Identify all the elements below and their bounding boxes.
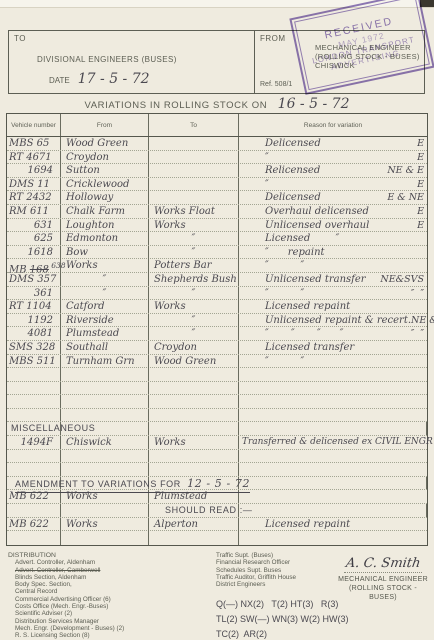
to-cell: Works — [149, 300, 239, 313]
table-header-row: Vehicle number From To Reason for variat… — [7, 114, 427, 137]
from-cell: ″ — [61, 273, 149, 286]
distribution-item: Central Record — [8, 588, 216, 595]
date-label: DATE — [49, 76, 70, 85]
vehicle-cell: 361 — [7, 287, 61, 300]
reason-text: Unlicensed transfer — [239, 273, 366, 286]
from-cell: Chalk Farm — [61, 205, 149, 218]
ref-number: Ref. 508/1 — [260, 81, 292, 88]
reason-text: Delicensed — [239, 191, 321, 204]
reason-cell: RelicensedNE & E — [239, 164, 427, 177]
vehicle-cell: RM 611 — [7, 205, 61, 218]
garage-codes: Q(—) NX(2) T(2) HT(3) R(3)TL(2) SW(—) WN… — [216, 597, 338, 640]
reason-text: Unlicensed repaint & recert. — [239, 314, 411, 327]
distribution-item: R. S. Licensing Section (8) — [8, 632, 216, 639]
from-cell: Edmonton — [61, 232, 149, 245]
distribution-item: Blinds Section, Aldenham — [8, 574, 216, 581]
from-cell — [61, 450, 149, 463]
reason-cell — [239, 450, 427, 463]
to-cell: ″ — [149, 232, 239, 245]
vehicle-cell: RT 2432 — [7, 191, 61, 204]
section-label: MISCELLANEOUS — [11, 422, 95, 435]
reason-cell: ″ ″″ ″ — [239, 287, 427, 300]
to-cell: ″ — [149, 327, 239, 340]
to-cell: ″ — [149, 314, 239, 327]
row-blank — [7, 531, 427, 545]
vehicle-cell: SMS 328 — [7, 341, 61, 354]
vehicle-cell — [7, 382, 61, 395]
row-section: MISCELLANEOUS — [7, 422, 427, 436]
to-cell — [149, 463, 239, 476]
row-blank — [7, 450, 427, 464]
variation-code: E — [417, 205, 427, 218]
from-cell: Bow — [61, 246, 149, 259]
from-cell: Wood Green — [61, 137, 149, 150]
footer: DISTRIBUTION Advert. Controller, Aldenha… — [8, 552, 428, 640]
reason-cell — [239, 395, 427, 408]
distribution-item: Scientific Adviser (2) — [8, 610, 216, 617]
table-row: 1192Riverside″Unlicensed repaint & recer… — [7, 314, 427, 328]
from-cell: Southall — [61, 341, 149, 354]
to-cell: Works — [149, 436, 239, 449]
from-cell: Holloway — [61, 191, 149, 204]
distribution-list: DISTRIBUTION Advert. Controller, Aldenha… — [8, 552, 216, 640]
vehicle-cell: MB 622 — [7, 518, 61, 531]
table-row: RM 611Chalk FarmWorks FloatOverhaul deli… — [7, 205, 427, 219]
reason-cell: ″ repaint — [239, 246, 427, 259]
variation-code — [424, 355, 427, 368]
from-cell — [61, 409, 149, 422]
to-cell — [149, 191, 239, 204]
distribution-item: Body Spec. Section, — [8, 581, 216, 588]
scanned-form: TO DIVISIONAL ENGINEERS (BUSES) DATE 17 … — [0, 0, 434, 640]
variation-code: ″ ″ — [411, 287, 427, 300]
variation-code — [424, 246, 427, 259]
recipient-item: Financial Research Officer — [216, 559, 338, 566]
row-blank — [7, 409, 427, 423]
from-cell — [61, 368, 149, 381]
from-cell: Sutton — [61, 164, 149, 177]
variation-code: E — [417, 219, 427, 232]
to-cell: ″ — [149, 287, 239, 300]
to-cell: Alperton — [149, 518, 239, 531]
from-cell: Plumstead — [61, 327, 149, 340]
vehicle-cell: MBS 65 — [7, 137, 61, 150]
should-read-label: SHOULD READ :— — [165, 504, 252, 517]
garage-code-line: TC(2) AR(2) — [216, 627, 338, 640]
table-row: RT 2432HollowayDelicensedE & NE — [7, 191, 427, 205]
variation-code — [424, 232, 427, 245]
vehicle-cell: RT 4671 — [7, 151, 61, 164]
variation-code — [424, 490, 427, 503]
table-row: MBS 65Wood GreenDelicensedE — [7, 137, 427, 151]
signatory-title: MECHANICAL ENGINEER — [338, 575, 428, 584]
from-cell: Cricklewood — [61, 178, 149, 191]
amendment-date: 12 - 5 - 72 — [187, 477, 250, 490]
col-header-reason: Reason for variation — [239, 114, 427, 136]
reason-text: Delicensed — [239, 137, 321, 150]
table-row: MB 168 638WorksPotters Bar″ ″ — [7, 259, 427, 273]
to-cell — [149, 450, 239, 463]
from-cell: Works — [61, 518, 149, 531]
vehicle-cell: 1494F — [7, 436, 61, 449]
variation-code: E — [417, 137, 427, 150]
recipients-column: Traffic Supt. (Buses)Financial Research … — [216, 552, 338, 640]
vehicle-cell: MBS 511 — [7, 355, 61, 368]
from-cell: ″ — [61, 287, 149, 300]
vehicle-cell — [7, 504, 61, 517]
vehicle-cell: 4081 — [7, 327, 61, 340]
form-title: VARIATIONS IN ROLLING STOCK ON 16 - 5 - … — [0, 95, 434, 113]
signature-rule — [344, 572, 422, 573]
to-cell — [149, 151, 239, 164]
vehicle-cell: DMS 11 — [7, 178, 61, 191]
reason-cell — [239, 368, 427, 381]
reason-cell: DelicensedE & NE — [239, 191, 427, 204]
table-row: RT 4671Croydon″E — [7, 151, 427, 165]
reason-text: Licensed repaint — [239, 518, 350, 531]
reason-text: Licensed ″ — [239, 232, 339, 245]
reason-cell: ″E — [239, 178, 427, 191]
to-cell — [149, 137, 239, 150]
to-cell — [149, 178, 239, 191]
distribution-item: Commercial Advertising Officer (6) — [8, 596, 216, 603]
variation-code — [424, 518, 427, 531]
table-row: 1694SuttonRelicensedNE & E — [7, 164, 427, 178]
col-header-vehicle: Vehicle number — [7, 114, 61, 136]
col-header-to: To — [149, 114, 239, 136]
reason-cell: DelicensedE — [239, 137, 427, 150]
vehicle-cell — [7, 395, 61, 408]
table-row: MBS 511Turnham GrnWood Green″ ″ — [7, 355, 427, 369]
to-cell — [149, 164, 239, 177]
variation-code — [424, 341, 427, 354]
vehicle-cell: DMS 357 — [7, 273, 61, 286]
vehicle-cell — [7, 531, 61, 545]
to-cell: Wood Green — [149, 355, 239, 368]
reason-text: Licensed repaint — [239, 300, 350, 313]
row-blank — [7, 382, 427, 396]
to-label: TO — [14, 34, 249, 43]
from-cell — [61, 531, 149, 545]
table-row: 1494FChiswickWorksTransferred & delicens… — [7, 436, 427, 450]
from-cell: Turnham Grn — [61, 355, 149, 368]
vehicle-cell — [7, 409, 61, 422]
to-cell: Works Float — [149, 205, 239, 218]
variation-code: E & NE — [387, 191, 427, 204]
reason-cell: Unlicensed transferNE&SVS — [239, 273, 427, 286]
recipient-item: Schedules Supt. Buses — [216, 567, 338, 574]
reason-cell: Transferred & delicensed ex CIVIL ENGR (… — [239, 436, 434, 449]
to-cell: Shepherds Bush — [149, 273, 239, 286]
to-cell — [149, 409, 239, 422]
variation-code: E — [417, 178, 427, 191]
from-cell: Catford — [61, 300, 149, 313]
table-row: 1618Bow″″ repaint — [7, 246, 427, 260]
reason-cell — [239, 490, 427, 503]
distribution-items: Advert. Controller, AldenhamAdvert. Cont… — [8, 559, 216, 639]
from-cell: Chiswick — [61, 436, 149, 449]
garage-code-line: Q(—) NX(2) T(2) HT(3) R(3) — [216, 597, 338, 612]
reason-cell: Licensed ″ — [239, 232, 427, 245]
recipient-item: Traffic Supt. (Buses) — [216, 552, 338, 559]
to-cell — [149, 395, 239, 408]
recipient-item: District Engineers — [216, 581, 338, 588]
reason-text: ″ — [239, 151, 269, 164]
table-row: DMS 357″Shepherds BushUnlicensed transfe… — [7, 273, 427, 287]
reason-text: Licensed transfer — [239, 341, 354, 354]
col-header-from: From — [61, 114, 149, 136]
scan-corner-mark — [420, 0, 434, 7]
signature-block: A. C. Smith MECHANICAL ENGINEER (ROLLING… — [338, 552, 428, 640]
reason-cell: Unlicensed overhaulE — [239, 219, 427, 232]
table-row: RT 1104CatfordWorksLicensed repaint — [7, 300, 427, 314]
distribution-item: Advert. Controller, Aldenham — [8, 559, 216, 566]
table-row: 631LoughtonWorksUnlicensed overhaulE — [7, 219, 427, 233]
to-cell — [149, 382, 239, 395]
vehicle-cell: 631 — [7, 219, 61, 232]
to-cell: Works — [149, 219, 239, 232]
variation-code: NE&SVS — [380, 273, 427, 286]
from-cell: Croydon — [61, 151, 149, 164]
reason-cell: ″ ″ — [239, 355, 427, 368]
reason-cell — [239, 477, 427, 490]
from-cell — [61, 382, 149, 395]
table-row: 625Edmonton″Licensed ″ — [7, 232, 427, 246]
vehicle-cell: 1694 — [7, 164, 61, 177]
reason-cell: Unlicensed repaint & recert.NE & E — [239, 314, 434, 327]
reason-cell — [239, 531, 427, 545]
to-cell — [149, 368, 239, 381]
title-printed: VARIATIONS IN ROLLING STOCK ON — [85, 100, 268, 111]
to-value: DIVISIONAL ENGINEERS (BUSES) — [37, 55, 177, 64]
row-amendment: AMENDMENT TO VARIATIONS FOR 12 - 5 - 72 — [7, 477, 427, 491]
to-cell: Croydon — [149, 341, 239, 354]
distribution-item: Costs Office (Mech. Engr.-Buses) — [8, 603, 216, 610]
reason-text: ″ — [239, 178, 269, 191]
from-cell — [61, 395, 149, 408]
signatory-dept: (ROLLING STOCK - BUSES) — [338, 584, 428, 602]
vehicle-cell — [7, 450, 61, 463]
distribution-item: Mech. Engr. (Development - Buses) (2) — [8, 625, 216, 632]
signature: A. C. Smith — [345, 556, 421, 571]
reason-text: ″ repaint — [239, 246, 325, 259]
reason-cell: Licensed repaint — [239, 300, 427, 313]
to-cell — [149, 531, 239, 545]
reason-cell: ″E — [239, 151, 427, 164]
reason-cell — [239, 504, 427, 517]
reason-cell — [239, 463, 427, 476]
reason-text: Unlicensed overhaul — [239, 219, 369, 232]
reason-text: ″ ″ — [239, 287, 304, 300]
reason-text: ″ ″ ″ ″ — [239, 327, 344, 340]
from-cell — [61, 504, 149, 517]
vehicle-cell — [7, 368, 61, 381]
variations-table: Vehicle number From To Reason for variat… — [6, 113, 428, 546]
vehicle-cell: 1618 — [7, 246, 61, 259]
table-row: SMS 328SouthallCroydonLicensed transfer — [7, 341, 427, 355]
from-cell: Loughton — [61, 219, 149, 232]
table-row: MB 622WorksAlpertonLicensed repaint — [7, 518, 427, 532]
table-row: 4081Plumstead″″ ″ ″ ″″ ″ — [7, 327, 427, 341]
date-value: 17 - 5 - 72 — [78, 71, 150, 87]
row-blank — [7, 463, 427, 477]
vehicle-cell: 1192 — [7, 314, 61, 327]
vehicle-cell: RT 1104 — [7, 300, 61, 313]
vehicle-cell — [7, 463, 61, 476]
reason-text: Relicensed — [239, 164, 320, 177]
from-cell: Riverside — [61, 314, 149, 327]
reason-text: Transferred & delicensed ex CIVIL ENGR (… — [239, 436, 434, 449]
to-cell: ″ — [149, 246, 239, 259]
header-to-cell: TO DIVISIONAL ENGINEERS (BUSES) DATE 17 … — [9, 31, 255, 93]
reason-cell: Licensed repaint — [239, 518, 427, 531]
garage-code-line: TL(2) SW(—) WN(3) W(2) HW(3) — [216, 612, 338, 627]
to-cell — [149, 422, 239, 435]
distribution-item: Distribution Services Manager — [8, 618, 216, 625]
variation-code: E — [417, 151, 427, 164]
table-body: MBS 65Wood GreenDelicensedERT 4671Croydo… — [7, 137, 427, 545]
variation-code: ″ ″ — [411, 327, 427, 340]
vehicle-cell: 625 — [7, 232, 61, 245]
reason-cell: ″ ″ ″ ″″ ″ — [239, 327, 427, 340]
recipient-item: Traffic Auditor, Griffith House — [216, 574, 338, 581]
distribution-title: DISTRIBUTION — [8, 552, 216, 559]
amendment-label: AMENDMENT TO VARIATIONS FOR 12 - 5 - 72 — [15, 477, 250, 493]
from-cell — [61, 463, 149, 476]
variation-code: NE & E — [411, 314, 434, 327]
distribution-item: Advert. Controller, Camberwell — [8, 567, 216, 574]
reason-text: ″ ″ — [239, 355, 304, 368]
title-date: 16 - 5 - 72 — [278, 96, 350, 112]
reason-cell — [239, 382, 427, 395]
reason-cell: Overhaul delicensedE — [239, 205, 427, 218]
table-row: 361″″″ ″″ ″ — [7, 287, 427, 301]
row-note: SHOULD READ :— — [7, 504, 427, 518]
table-row: DMS 11Cricklewood″E — [7, 178, 427, 192]
row-blank — [7, 395, 427, 409]
variation-code: NE & E — [387, 164, 427, 177]
reason-cell — [239, 409, 427, 422]
reason-cell — [239, 422, 427, 435]
variation-code — [424, 300, 427, 313]
reason-cell: Licensed transfer — [239, 341, 427, 354]
reason-text: Overhaul delicensed — [239, 205, 369, 218]
recipients-list: Traffic Supt. (Buses)Financial Research … — [216, 552, 338, 588]
row-blank — [7, 368, 427, 382]
